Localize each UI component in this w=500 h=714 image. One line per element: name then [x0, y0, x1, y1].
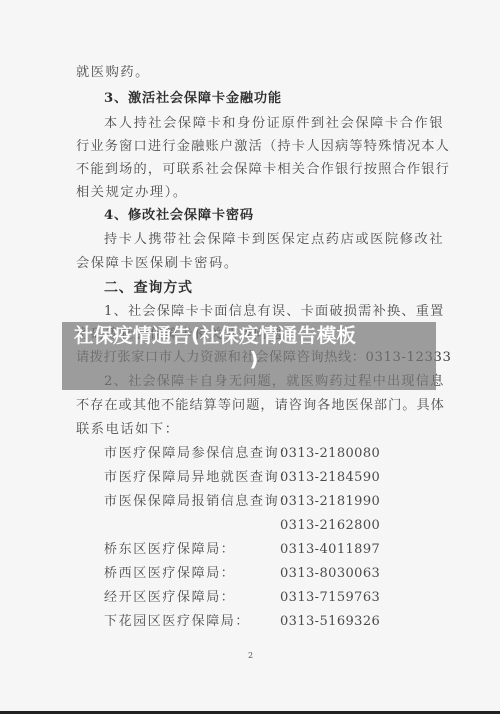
contact-phone: 0313-5169326: [280, 613, 380, 631]
body-text-line: 行业务窗口进行金融账户激活（持卡人因病等特殊情况本人: [76, 138, 450, 156]
contact-phone: 0313-2181990: [280, 493, 380, 511]
contact-label: 市医保保障局报销信息查询：: [104, 493, 294, 511]
contact-label: 下花园区医疗保障局：: [104, 613, 250, 631]
contact-phone: 0313-2162800: [280, 517, 380, 535]
contact-label: 市医疗保障局异地就医查询：: [104, 469, 294, 487]
body-text-line: 持卡人携带社会保障卡到医保定点药店或医院修改社: [104, 231, 444, 249]
contact-phone: 0313-8030063: [280, 565, 380, 583]
body-text-line: 1、社会保障卡卡面信息有误、卡面破损需补换、重置: [104, 303, 445, 321]
contact-phone: 0313-7159763: [280, 589, 380, 607]
contact-label: 市医疗保障局参保信息查询：: [104, 445, 294, 463]
contact-phone: 0313-4011897: [280, 541, 380, 559]
body-text-line: 联系电话如下：: [76, 421, 180, 439]
section-heading-query-methods: 二、查询方式: [104, 279, 193, 297]
section-heading-activate-card: 3、激活社会保障卡金融功能: [104, 90, 282, 108]
contact-phone: 0313-2184590: [280, 469, 380, 487]
contact-label: 经开区医疗保障局：: [104, 589, 235, 607]
page-number: 2: [248, 651, 253, 660]
contact-label: 桥东区医疗保障局：: [104, 541, 235, 559]
contact-phone: 0313-2180080: [280, 445, 380, 463]
section-heading-change-password: 4、修改社会保障卡密码: [104, 207, 254, 225]
contact-label: 桥西区医疗保障局：: [104, 565, 235, 583]
body-text-line: 就医购药。: [76, 64, 150, 82]
body-text-line: 会保障卡医保刷卡密码。: [76, 255, 239, 273]
overlay-title-line2: ): [74, 348, 434, 372]
body-text-line: 相关规定办理）。: [76, 184, 188, 202]
overlay-title: 社保疫情通告(社保疫情通告模板 ): [74, 324, 434, 372]
body-text-line: 不能到场的，可联系社会保障卡相关合作银行按照合作银行: [76, 161, 450, 179]
overlay-title-line1: 社保疫情通告(社保疫情通告模板: [74, 324, 356, 347]
title-overlay-banner: 社保疫情通告(社保疫情通告模板 ): [62, 322, 436, 390]
body-text-line: 不存在或其他不能结算等问题，请咨询各地医保部门。具体: [76, 397, 445, 415]
body-text-line: 本人持社会保障卡和身份证原件到社会保障卡合作银: [104, 115, 444, 133]
